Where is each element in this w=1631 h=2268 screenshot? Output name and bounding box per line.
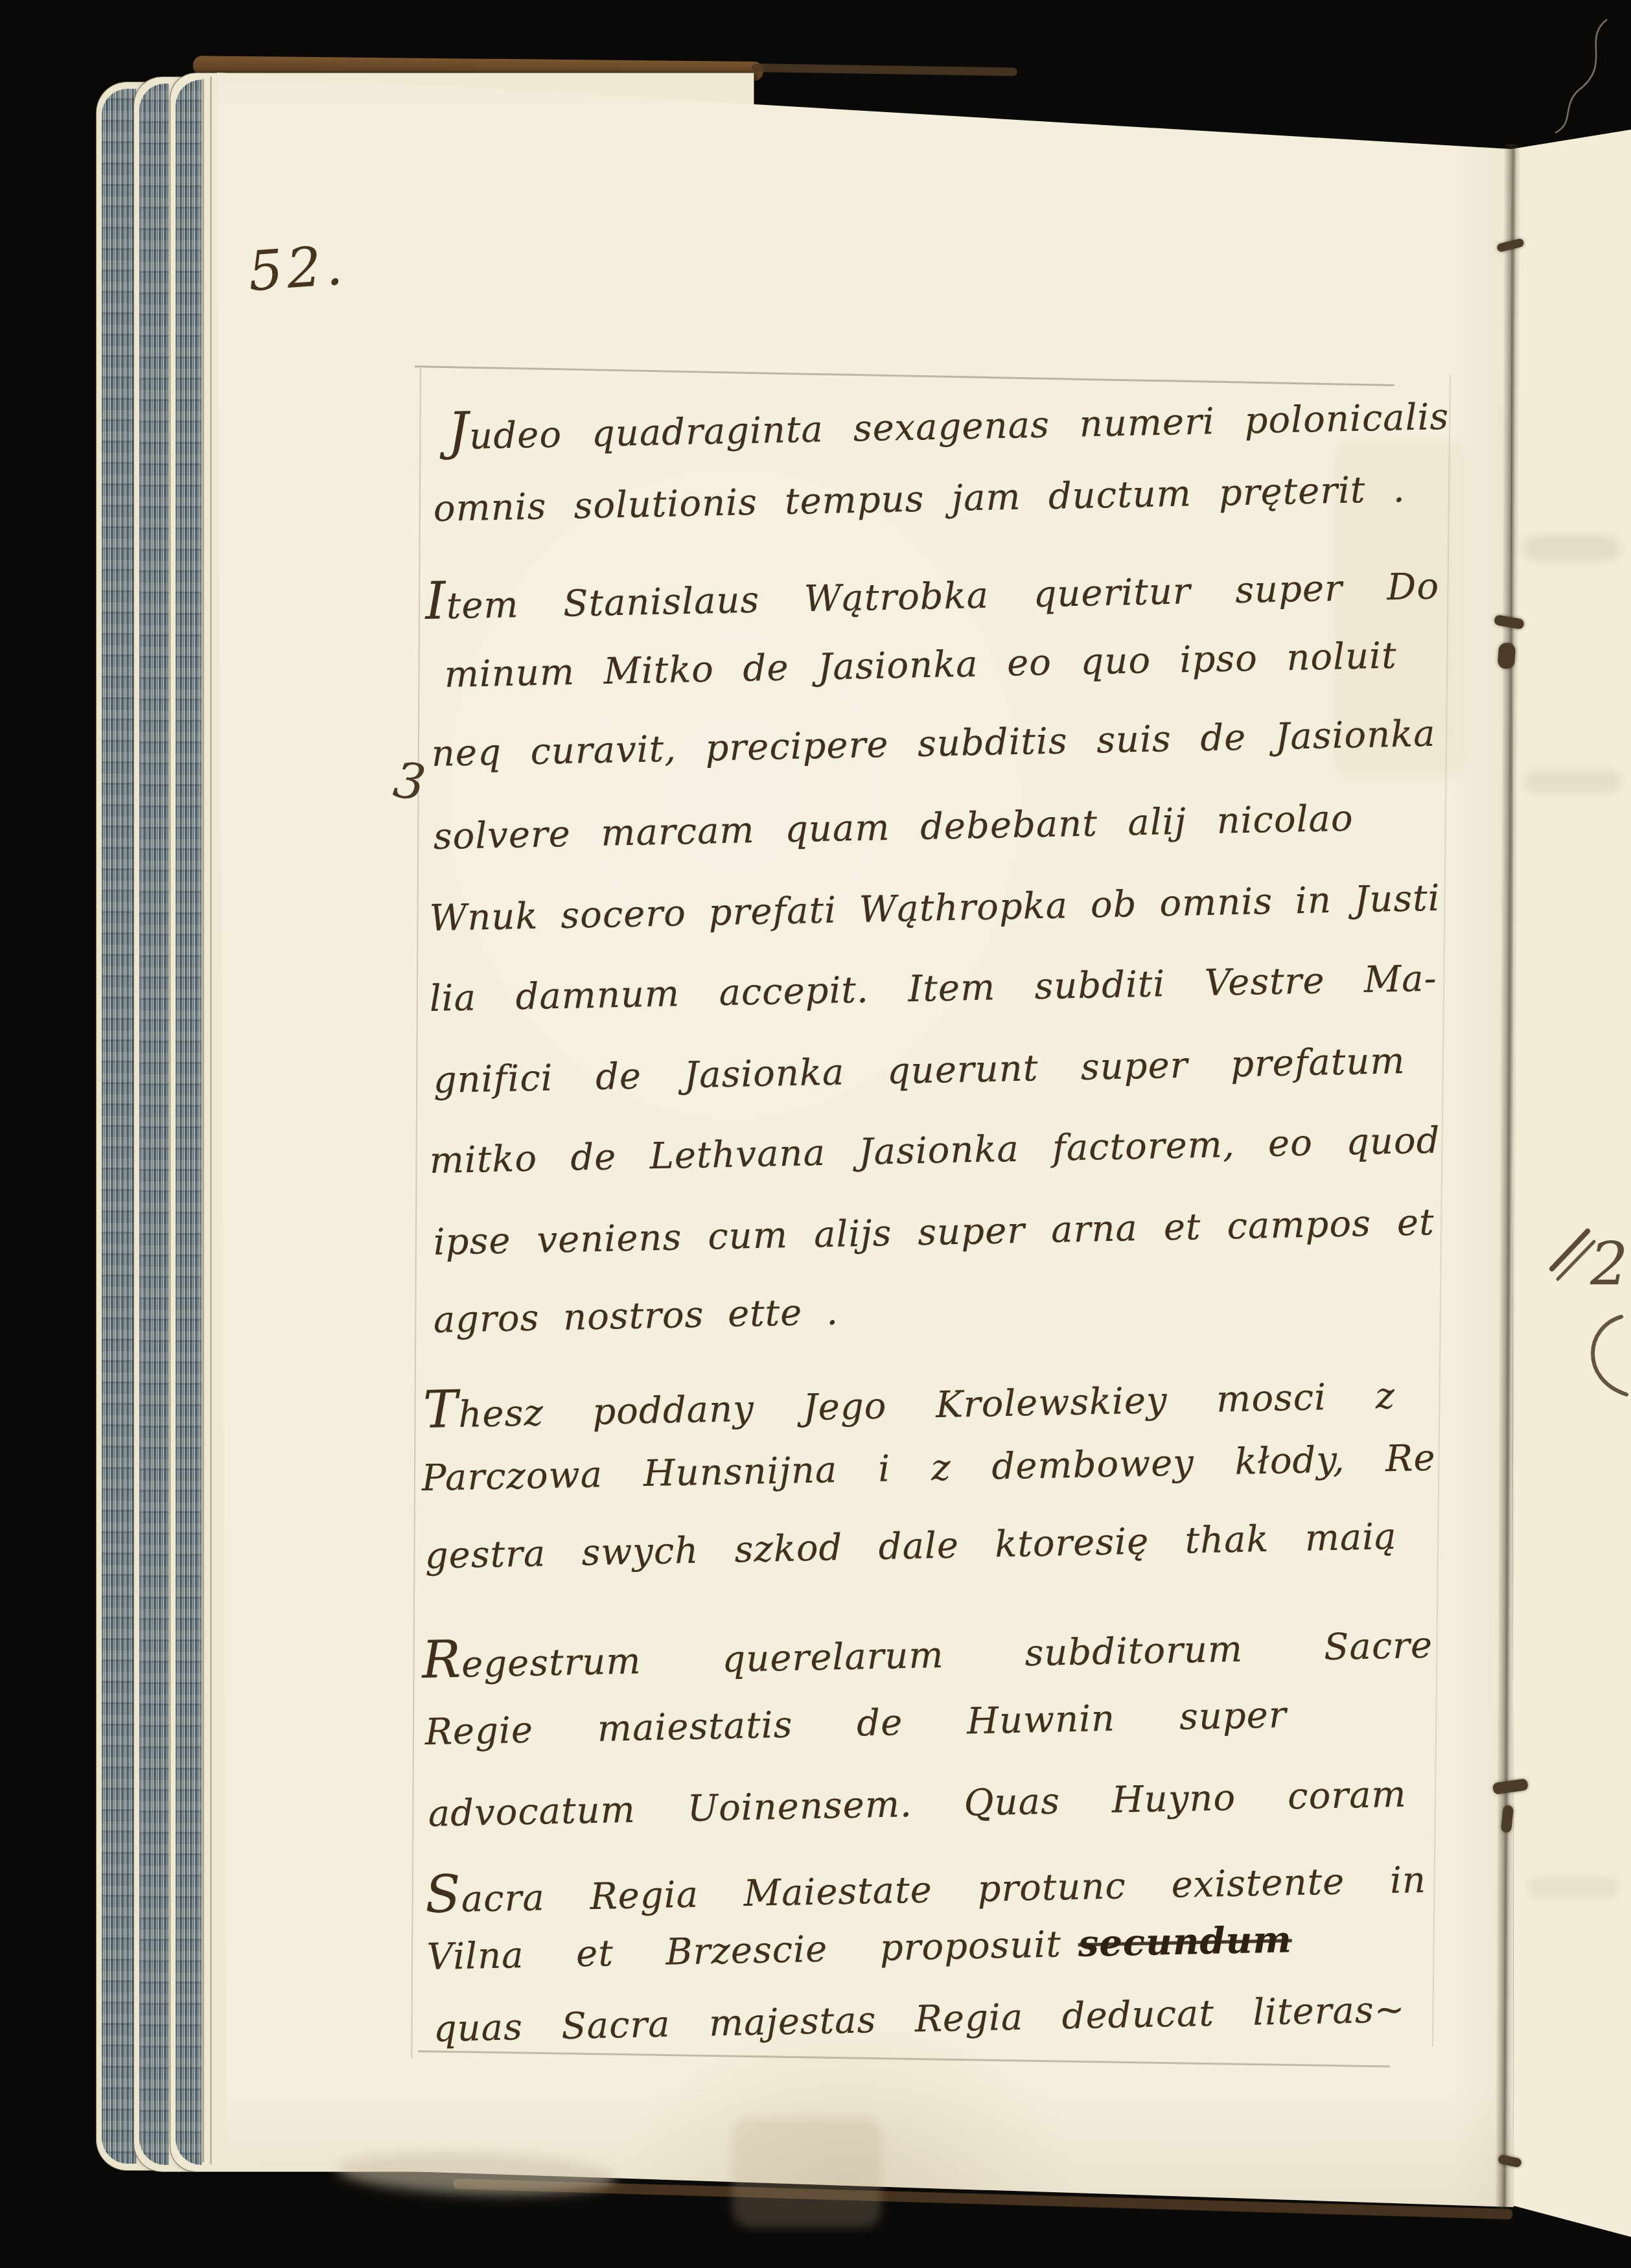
page-edge-marbling [102,89,137,2164]
page-edge-hairline [210,76,212,2164]
scanner-hair [1542,13,1620,136]
page-edge-marbling [176,80,202,2165]
paper-stain [732,2118,881,2228]
bleedthrough-smudge [1523,535,1620,561]
bleedthrough-smudge [1524,770,1621,793]
stitch-thread [1498,642,1516,669]
bleedthrough-smudge [1528,1878,1619,1897]
handwritten-line: agros nostros ette . [433,1285,839,1348]
page-edge-marbling [139,84,169,2165]
overwritten-word: secundum [1078,1918,1292,1965]
scanned-book-spread: 52. 3 Judeo quadraginta sexagenas numeri… [0,0,1631,2268]
binding-remnant-tail [752,64,1017,76]
facing-page-ink-fragment: 2 [1542,1205,1631,1413]
handwritten-line-segment: Vilna et Brzescie proposuit [426,1923,1061,1978]
facing-page-numeral: 2 [1590,1229,1628,1299]
page-number: 52. [246,238,348,299]
page-edge-hairline [202,79,204,2162]
